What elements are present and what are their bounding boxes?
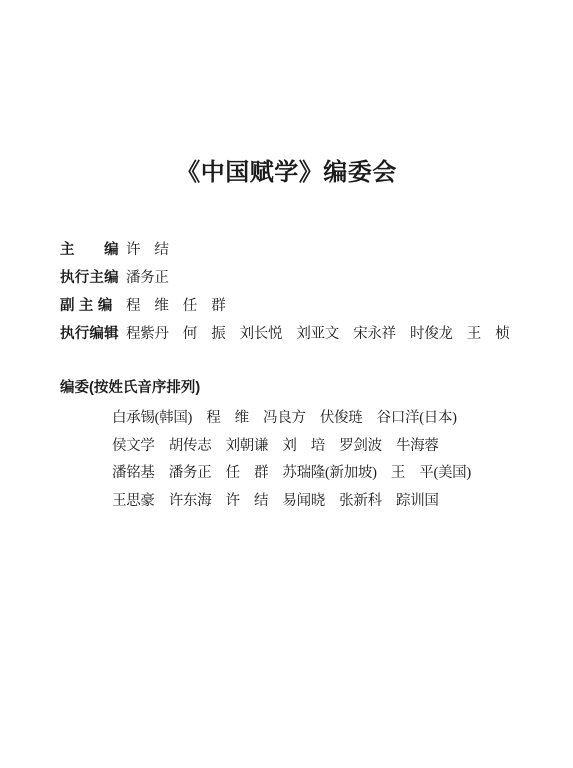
role-names: 程紫丹 何 振 刘长悦 刘亚文 宋永祥 时俊龙 王 桢 [126, 322, 509, 343]
committee-row: 白承锡(韩国) 程 维 冯良方 伏俊琏 谷口洋(日本) [112, 403, 471, 431]
role-row-executive-editors: 执行编辑 程紫丹 何 振 刘长悦 刘亚文 宋永祥 时俊龙 王 桢 [60, 318, 509, 346]
committee-member-list: 白承锡(韩国) 程 维 冯良方 伏俊琏 谷口洋(日本) 侯文学 胡传志 刘朝谦 … [112, 403, 471, 513]
role-label: 执行编辑 [60, 322, 120, 343]
role-row-chief-editor: 主 编 许 结 [60, 234, 509, 262]
committee-row: 潘铭基 潘务正 任 群 苏瑞隆(新加坡) 王 平(美国) [112, 458, 471, 486]
role-row-deputy-chief-editors: 副 主 编 程 维 任 群 [60, 290, 509, 318]
committee-row: 王思豪 许东海 许 结 易闻晓 张新科 踪训国 [112, 486, 471, 514]
page-title: 《中国赋学》编委会 [0, 158, 573, 188]
role-label: 主 编 [60, 238, 120, 259]
role-label: 副 主 编 [60, 294, 120, 315]
committee-heading: 编委(按姓氏音序排列) [60, 376, 200, 400]
role-names: 程 维 任 群 [126, 294, 225, 315]
role-names: 许 结 [126, 238, 169, 259]
editor-roles: 主 编 许 结 执行主编 潘务正 副 主 编 程 维 任 群 执行编辑 程紫丹 … [60, 234, 509, 346]
role-row-executive-chief-editor: 执行主编 潘务正 [60, 262, 509, 290]
role-names: 潘务正 [126, 266, 169, 287]
editorial-board-page: 《中国赋学》编委会 主 编 许 结 执行主编 潘务正 副 主 编 程 维 任 群… [0, 0, 573, 768]
committee-row: 侯文学 胡传志 刘朝谦 刘 培 罗剑波 牛海蓉 [112, 431, 471, 459]
role-label: 执行主编 [60, 266, 120, 287]
